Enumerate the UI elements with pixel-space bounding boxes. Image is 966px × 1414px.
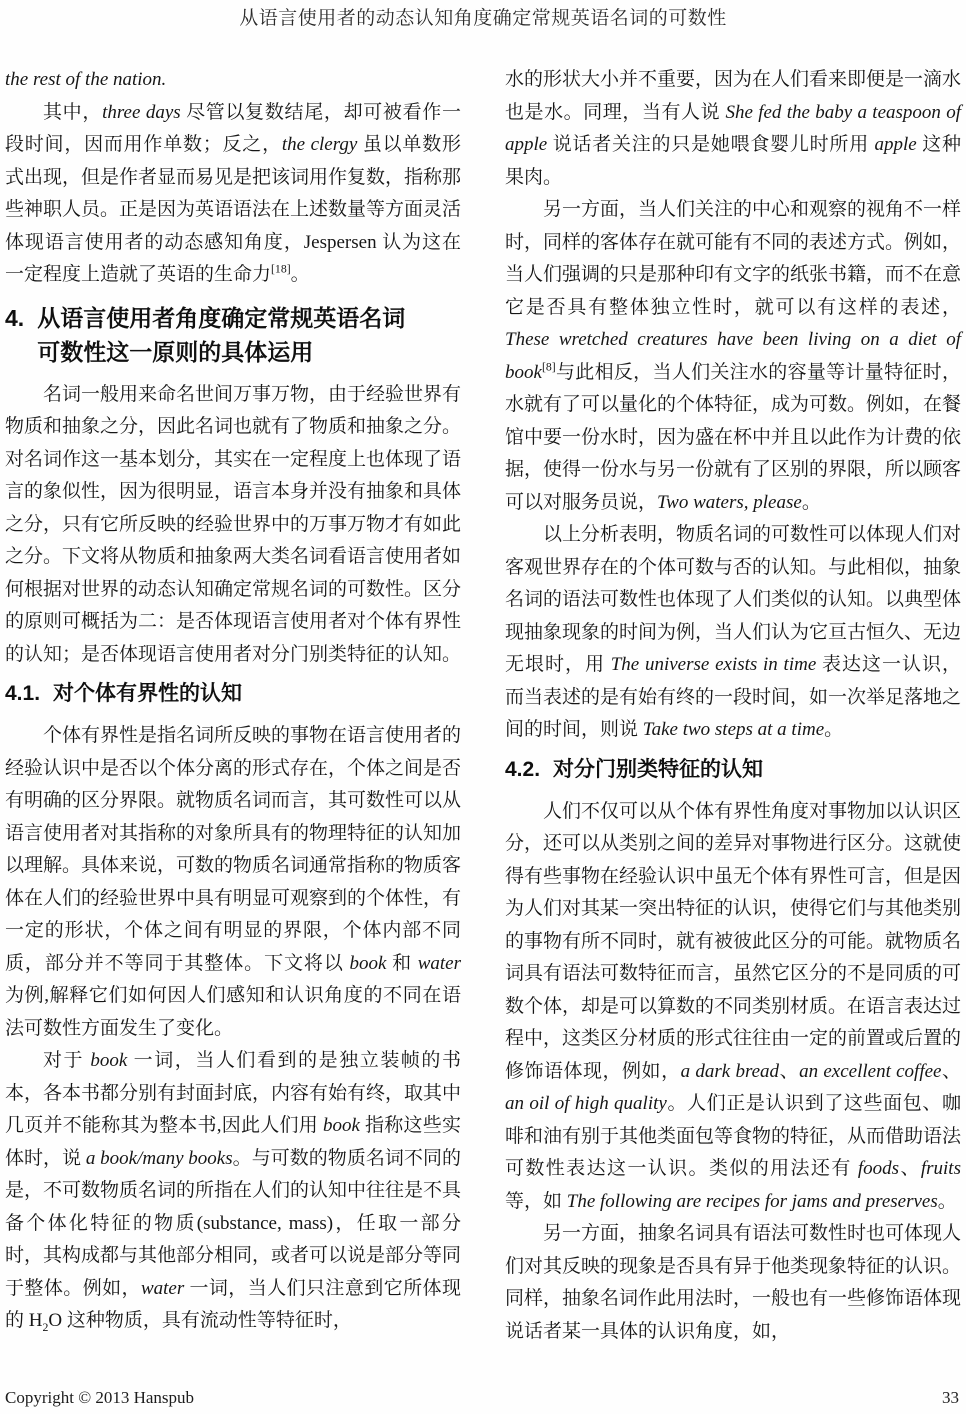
section-heading: 4.从语言使用者角度确定常规英语名词可数性这一原则的具体运用 bbox=[5, 301, 461, 369]
text-run: 。与可数的物质名词不同的是，不可数物质名词的所指在人们的认知中往往是不具备个体化… bbox=[5, 1148, 461, 1299]
section-title: 从语言使用者角度确定常规英语名词可数性这一原则的具体运用 bbox=[37, 301, 461, 369]
text-run: 、 bbox=[941, 1061, 961, 1082]
text-run: 以上分析表明，物质名词的可数性可以体现人们对客观世界存在的个体可数与否的认知。与… bbox=[505, 524, 961, 675]
column-left: the rest of the nation.其中，three days 尽管以… bbox=[5, 64, 461, 1348]
text-run-italic: book bbox=[90, 1050, 127, 1071]
column-right: 水的形状大小并不重要，因为在人们看来即便是一滴水也是水。同理，当有人说 She … bbox=[505, 64, 961, 1348]
content: the rest of the nation.其中，three days 尽管以… bbox=[5, 64, 961, 1348]
text-run: 个体有界性是指名词所反映的事物在语言使用者的经验认识中是否以个体分离的形式存在，… bbox=[5, 725, 461, 974]
paragraph: the rest of the nation. bbox=[5, 64, 461, 97]
text-run: 等，如 bbox=[505, 1191, 567, 1212]
section-number: 4. bbox=[5, 301, 24, 335]
paragraph: 个体有界性是指名词所反映的事物在语言使用者的经验认识中是否以个体分离的形式存在，… bbox=[5, 720, 461, 1045]
text-run-italic: The universe exists in time bbox=[611, 654, 817, 675]
text-run-sup: [18] bbox=[271, 263, 291, 276]
paragraph: 名词一般用来命名世间万事万物，由于经验世界有物质和抽象之分，因此名词也就有了物质… bbox=[5, 379, 461, 672]
paragraph: 对于 book 一词，当人们看到的是独立装帧的书本，各本书都分别有封面封底，内容… bbox=[5, 1045, 461, 1338]
text-run: 。 bbox=[291, 264, 310, 285]
text-run: 与此相反，当人们关注水的容量等计量特征时，水就有了可以量化的个体特征，成为可数。… bbox=[505, 362, 961, 513]
running-title: 从语言使用者的动态认知角度确定常规英语名词的可数性 bbox=[0, 3, 966, 30]
paragraph: 水的形状大小并不重要，因为在人们看来即便是一滴水也是水。同理，当有人说 She … bbox=[505, 64, 961, 194]
section-number: 4.1. bbox=[5, 680, 40, 707]
text-run: 名词一般用来命名世间万事万物，由于经验世界有物质和抽象之分，因此名词也就有了物质… bbox=[5, 384, 461, 665]
text-run-italic: Two waters, please bbox=[657, 492, 802, 513]
copyright-notice: Copyright © 2013 Hanspub bbox=[5, 1388, 194, 1408]
text-run: 虽以单数形式出现，但是作者显而易见是把该词用作复数，指称那些神职人员。正是因为英… bbox=[5, 134, 461, 285]
text-run-italic: the clergy bbox=[282, 134, 358, 155]
paragraph: 以上分析表明，物质名词的可数性可以体现人们对客观世界存在的个体可数与否的认知。与… bbox=[505, 519, 961, 747]
text-run-italic: foods bbox=[858, 1158, 899, 1179]
text-run-italic: three days bbox=[102, 102, 181, 123]
section-heading: 4.1.对个体有界性的认知 bbox=[5, 680, 461, 707]
text-run-italic: the rest of the nation. bbox=[5, 69, 166, 90]
text-run-italic: water bbox=[418, 953, 461, 974]
page-footer: Copyright © 2013 Hanspub 33 bbox=[5, 1388, 959, 1408]
text-run: 说话者关注的只是她喂食婴儿时所用 bbox=[547, 134, 874, 155]
section-title: 对个体有界性的认知 bbox=[53, 680, 461, 707]
text-run-italic: apple bbox=[874, 134, 916, 155]
section-number: 4.2. bbox=[505, 756, 540, 783]
text-run-italic: a book/many books bbox=[86, 1148, 233, 1169]
text-run-italic: The following are recipes for jams and p… bbox=[567, 1191, 938, 1212]
text-run: 为例,解释它们如何因人们感知和认识角度的不同在语法可数性方面发生了变化。 bbox=[5, 985, 461, 1039]
paragraph: 人们不仅可以从个体有界性角度对事物加以认识区分，还可以从类别之间的差异对事物进行… bbox=[505, 796, 961, 1219]
page-number: 33 bbox=[942, 1388, 959, 1408]
text-run: 。 bbox=[824, 719, 843, 740]
text-run: O 这种物质，具有流动性等特征时， bbox=[48, 1310, 351, 1331]
text-run-italic: book bbox=[349, 953, 386, 974]
text-run: 。 bbox=[938, 1191, 957, 1212]
paper-page: 从语言使用者的动态认知角度确定常规英语名词的可数性 the rest of th… bbox=[0, 0, 966, 1414]
text-run: 、 bbox=[899, 1158, 921, 1179]
section-title: 对分门别类特征的认知 bbox=[553, 756, 961, 783]
paragraph: 其中，three days 尽管以复数结尾，却可被看作一段时间，因而用作单数；反… bbox=[5, 97, 461, 292]
text-run: 人们不仅可以从个体有界性角度对事物加以认识区分，还可以从类别之间的差异对事物进行… bbox=[505, 801, 961, 1082]
text-run: 另一方面，当人们关注的中心和观察的视角不一样时，同样的客体存在就可能有不同的表述… bbox=[505, 199, 961, 318]
text-run: 和 bbox=[386, 953, 417, 974]
text-run-italic: a dark bread bbox=[681, 1061, 779, 1082]
text-run: 另一方面，抽象名词具有语法可数性时也可体现人们对其反映的现象是否具有异于他类现象… bbox=[505, 1223, 961, 1342]
text-run-italic: book bbox=[323, 1115, 360, 1136]
text-run-italic: an oil of high quality bbox=[505, 1093, 667, 1114]
paragraph: 另一方面，抽象名词具有语法可数性时也可体现人们对其反映的现象是否具有异于他类现象… bbox=[505, 1218, 961, 1348]
paragraph: 另一方面，当人们关注的中心和观察的视角不一样时，同样的客体存在就可能有不同的表述… bbox=[505, 194, 961, 519]
text-run: 其中， bbox=[43, 102, 102, 123]
text-run: 。 bbox=[802, 492, 821, 513]
text-run-italic: an excellent coffee bbox=[799, 1061, 941, 1082]
text-run-italic: Take two steps at a time bbox=[643, 719, 824, 740]
text-run: 、 bbox=[779, 1061, 799, 1082]
text-run-italic: water bbox=[141, 1278, 184, 1299]
section-heading: 4.2.对分门别类特征的认知 bbox=[505, 756, 961, 783]
text-run: 对于 bbox=[43, 1050, 90, 1071]
text-run-sup: [8] bbox=[542, 360, 556, 373]
text-run-italic: fruits bbox=[921, 1158, 961, 1179]
